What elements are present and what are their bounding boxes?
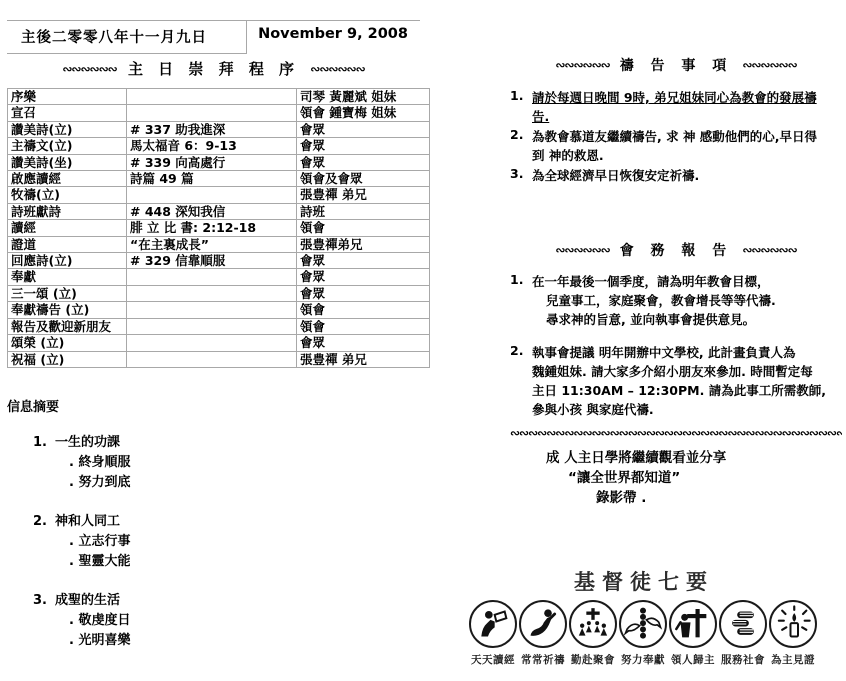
table-row: 報告及歡迎新朋友領會 xyxy=(8,318,430,334)
affairs-line: 參與小孩 與家庭代禱. xyxy=(532,402,654,417)
serving-hands-icon xyxy=(719,600,767,648)
program-person: 張豊禪 弟兄 xyxy=(297,187,430,203)
essential-label: 努力奉獻 xyxy=(621,652,665,667)
summary-item: 3.成聖的生活 . 敬虔度日 . 光明喜樂 xyxy=(7,591,267,650)
affairs-line: 執事會提議 明年開辦中文學校, 此計畫負責人為 xyxy=(532,345,795,360)
prayer-item: 2. 為教會慕道友繼續禱告, 求 神 感動他們的心,早日得 到 神的救恩. xyxy=(510,127,842,165)
prayer-item: 1. 請於每週日晚間 9時, 弟兄姐妹同心為教會的發展禱 告. xyxy=(510,88,842,126)
essential-attendance: 勤赴聚會 xyxy=(568,600,618,667)
affairs-item: 1. 在一年最後一個季度，請為明年教會目標， 兒童事工，家庭聚會，教會增長等等代… xyxy=(510,272,842,329)
program-person: 張豊禪弟兄 xyxy=(297,236,430,252)
bible-reading-icon xyxy=(469,600,517,648)
program-item: 讀經 xyxy=(8,220,127,236)
program-content xyxy=(127,351,297,367)
item-text: 成聖的生活 xyxy=(55,591,120,611)
table-row: 宣召領會 鍾寶梅 姐妹 xyxy=(8,105,430,121)
program-content: # 329 信靠順服 xyxy=(127,253,297,269)
sub-point: . 光明喜樂 xyxy=(69,631,267,651)
program-item: 頌榮 (立) xyxy=(8,335,127,351)
prayer-section-heading: ∾∾∾∾∾∾ 禱 告 事 項 ∾∾∾∾∾∾ xyxy=(510,55,842,75)
item-number: 3. xyxy=(33,591,55,611)
swirl-decoration-left: ∾∾∾∾∾∾ xyxy=(555,243,609,257)
program-content: # 448 深知我信 xyxy=(127,203,297,219)
program-item: 啟應讀經 xyxy=(8,171,127,187)
essential-offering: 努力奉獻 xyxy=(618,600,668,667)
swirl-decoration-left: ∾∾∾∾∾∾ xyxy=(62,62,116,76)
prayer-items-list: 1. 請於每週日晚間 9時, 弟兄姐妹同心為教會的發展禱 告. 2. 為教會慕道… xyxy=(510,88,842,186)
worship-title-row: ∾∾∾∾∾∾ 主 日 崇 拜 程 序 ∾∾∾∾∾∾ xyxy=(7,58,420,79)
sub-point: . 努力到底 xyxy=(69,473,267,493)
swirl-decoration-right: ∾∾∾∾∾∾ xyxy=(742,243,796,257)
candle-icon xyxy=(769,600,817,648)
item-number: 2. xyxy=(510,127,532,165)
prayer-line: 請於每週日晚間 9時, 弟兄姐妹同心為教會的發展禱 xyxy=(532,90,817,105)
table-row: 啟應讀經詩篇 49 篇領會及會眾 xyxy=(8,171,430,187)
item-number: 2. xyxy=(510,343,532,419)
program-item: 三一頌 (立) xyxy=(8,285,127,301)
table-row: 讚美詩(立)# 337 助我進深會眾 xyxy=(8,121,430,137)
program-person: 會眾 xyxy=(297,121,430,137)
item-number: 3. xyxy=(510,166,532,185)
program-content xyxy=(127,269,297,285)
program-person: 領會及會眾 xyxy=(297,171,430,187)
essential-label: 領人歸主 xyxy=(671,652,715,667)
program-content xyxy=(127,318,297,334)
program-person: 領會 鍾寶梅 姐妹 xyxy=(297,105,430,121)
affairs-items-list: 1. 在一年最後一個季度，請為明年教會目標， 兒童事工，家庭聚會，教會增長等等代… xyxy=(510,272,842,420)
swirl-divider: ∾∾∾∾∾∾∾∾∾∾∾∾∾∾∾∾∾∾∾∾∾∾∾∾∾∾∾∾∾∾∾∾∾∾∾∾∾∾ xyxy=(510,426,842,440)
essential-bible-reading: 天天讀經 xyxy=(468,600,518,667)
item-number: 1. xyxy=(510,272,532,329)
essential-witness: 為主見證 xyxy=(768,600,818,667)
announcement-line: 成 人主日學將繼續觀看並分享 xyxy=(546,448,842,468)
affairs-section-heading: ∾∾∾∾∾∾ 會 務 報 告 ∾∾∾∾∾∾ xyxy=(510,240,842,260)
program-person: 會眾 xyxy=(297,285,430,301)
date-english: November 9, 2008 xyxy=(247,21,420,54)
essential-evangelism: 領人歸主 xyxy=(668,600,718,667)
prayer-line: 為全球經濟早日恢復安定祈禱. xyxy=(532,168,699,183)
program-content: 腓 立 比 書: 2:12-18 xyxy=(127,220,297,236)
announcement: 成 人主日學將繼續觀看並分享 “讓全世界都知道” 錄影帶 . xyxy=(510,448,842,508)
item-number: 1. xyxy=(510,88,532,126)
announcement-line: 錄影帶 . xyxy=(596,488,842,508)
affairs-line: 在一年最後一個季度，請為明年教會目標， xyxy=(532,274,770,289)
table-row: 奉獻禱告 (立)領會 xyxy=(8,302,430,318)
date-chinese: 主後二零零八年十一月九日 xyxy=(7,21,247,54)
program-item: 主禱文(立) xyxy=(8,138,127,154)
program-item: 報告及歡迎新朋友 xyxy=(8,318,127,334)
program-item: 證道 xyxy=(8,236,127,252)
program-content: # 337 助我進深 xyxy=(127,121,297,137)
program-person: 領會 xyxy=(297,318,430,334)
loaves-fishes-icon xyxy=(619,600,667,648)
program-content: 詩篇 49 篇 xyxy=(127,171,297,187)
program-item: 奉獻 xyxy=(8,269,127,285)
summary-item: 1.一生的功課 . 終身順服 . 努力到底 xyxy=(7,433,267,492)
affairs-line: 尋求神的旨意, 並向執事會提供意見。 xyxy=(546,312,755,327)
essential-label: 服務社會 xyxy=(721,652,765,667)
program-person: 會眾 xyxy=(297,335,430,351)
table-row: 序樂司琴 黃麗斌 姐妹 xyxy=(8,89,430,105)
worship-title: 主 日 崇 拜 程 序 xyxy=(128,60,299,78)
program-item: 讚美詩(坐) xyxy=(8,154,127,170)
affairs-line: 兒童事工，家庭聚會，教會增長等等代禱. xyxy=(546,293,776,308)
program-item: 回應詩(立) xyxy=(8,253,127,269)
message-summary: 信息摘要 1.一生的功課 . 終身順服 . 努力到底 2.神和人同工 . 立志行… xyxy=(7,396,267,670)
prayer-line: 告. xyxy=(532,109,549,124)
program-content: 馬太福音 6：9-13 xyxy=(127,138,297,154)
table-row: 讀經 腓 立 比 書: 2:12-18領會 xyxy=(8,220,430,236)
program-person: 會眾 xyxy=(297,253,430,269)
program-content xyxy=(127,105,297,121)
program-person: 會眾 xyxy=(297,154,430,170)
program-content xyxy=(127,335,297,351)
table-row: 讚美詩(坐)# 339 向高處行會眾 xyxy=(8,154,430,170)
seven-essentials-title: 基督徒七要 xyxy=(468,566,820,596)
congregation-cross-icon xyxy=(569,600,617,648)
sub-point: . 敬虔度日 xyxy=(69,611,267,631)
item-number: 1. xyxy=(33,433,55,453)
program-item: 讚美詩(立) xyxy=(8,121,127,137)
program-person: 會眾 xyxy=(297,138,430,154)
prayer-line: 為教會慕道友繼續禱告, 求 神 感動他們的心,早日得 xyxy=(532,129,817,144)
program-item: 祝福 (立) xyxy=(8,351,127,367)
table-row: 奉獻會眾 xyxy=(8,269,430,285)
table-row: 主禱文(立)馬太福音 6：9-13會眾 xyxy=(8,138,430,154)
item-text: 一生的功課 xyxy=(55,433,120,453)
program-content xyxy=(127,285,297,301)
swirl-decoration-right: ∾∾∾∾∾∾ xyxy=(310,62,364,76)
essential-service: 服務社會 xyxy=(718,600,768,667)
table-row: 證道“在主裏成長”張豊禪弟兄 xyxy=(8,236,430,252)
prayer-title: 禱 告 事 項 xyxy=(620,55,733,75)
essential-label: 為主見證 xyxy=(771,652,815,667)
program-content xyxy=(127,187,297,203)
table-row: 祝福 (立)張豊禪 弟兄 xyxy=(8,351,430,367)
person-cross-icon xyxy=(669,600,717,648)
program-person: 詩班 xyxy=(297,203,430,219)
item-text: 神和人同工 xyxy=(55,512,120,532)
program-item: 詩班獻詩 xyxy=(8,203,127,219)
prayer-line: 到 神的救恩. xyxy=(532,148,604,163)
program-item: 宣召 xyxy=(8,105,127,121)
program-item: 序樂 xyxy=(8,89,127,105)
program-content: # 339 向高處行 xyxy=(127,154,297,170)
table-row: 三一頌 (立)會眾 xyxy=(8,285,430,301)
program-person: 領會 xyxy=(297,302,430,318)
essential-prayer: 常常祈禱 xyxy=(518,600,568,667)
affairs-line: 魏鍾姐妹. 請大家多介紹小朋友來參加. 時間暫定每 xyxy=(532,364,813,379)
prayer-item: 3. 為全球經濟早日恢復安定祈禱. xyxy=(510,166,842,185)
swirl-decoration-right: ∾∾∾∾∾∾ xyxy=(742,58,796,72)
program-content xyxy=(127,302,297,318)
announcement-line: “讓全世界都知道” xyxy=(568,468,842,488)
program-item: 奉獻禱告 (立) xyxy=(8,302,127,318)
sub-point: . 立志行事 xyxy=(69,532,267,552)
table-row: 頌榮 (立)會眾 xyxy=(8,335,430,351)
table-row: 詩班獻詩# 448 深知我信詩班 xyxy=(8,203,430,219)
essential-label: 勤赴聚會 xyxy=(571,652,615,667)
swirl-decoration-left: ∾∾∾∾∾∾ xyxy=(555,58,609,72)
worship-program-table: 序樂司琴 黃麗斌 姐妹 宣召領會 鍾寶梅 姐妹 讚美詩(立)# 337 助我進深… xyxy=(7,88,430,368)
program-person: 司琴 黃麗斌 姐妹 xyxy=(297,89,430,105)
essentials-icon-row: 天天讀經 常常祈禱 勤赴聚會 xyxy=(468,600,820,667)
table-row: 牧禱(立)張豊禪 弟兄 xyxy=(8,187,430,203)
seven-essentials: 基督徒七要 天天讀經 常常祈禱 xyxy=(468,566,820,667)
program-person: 領會 xyxy=(297,220,430,236)
program-person: 會眾 xyxy=(297,269,430,285)
sub-point: . 終身順服 xyxy=(69,453,267,473)
program-item: 牧禱(立) xyxy=(8,187,127,203)
essential-label: 常常祈禱 xyxy=(521,652,565,667)
essential-label: 天天讀經 xyxy=(471,652,515,667)
date-header: 主後二零零八年十一月九日 November 9, 2008 xyxy=(7,20,420,54)
affairs-item: 2. 執事會提議 明年開辦中文學校, 此計畫負責人為 魏鍾姐妹. 請大家多介紹小… xyxy=(510,343,842,419)
summary-item: 2.神和人同工 . 立志行事 . 聖靈大能 xyxy=(7,512,267,571)
program-content: “在主裏成長” xyxy=(127,236,297,252)
table-row: 回應詩(立)# 329 信靠順服會眾 xyxy=(8,253,430,269)
program-content xyxy=(127,89,297,105)
praying-icon xyxy=(519,600,567,648)
sub-point: . 聖靈大能 xyxy=(69,552,267,572)
affairs-line: 主日 11:30AM – 12:30PM. 請為此事工所需教師, xyxy=(532,383,826,398)
program-person: 張豊禪 弟兄 xyxy=(297,351,430,367)
item-number: 2. xyxy=(33,512,55,532)
message-summary-title: 信息摘要 xyxy=(7,396,267,415)
affairs-title: 會 務 報 告 xyxy=(620,240,733,260)
